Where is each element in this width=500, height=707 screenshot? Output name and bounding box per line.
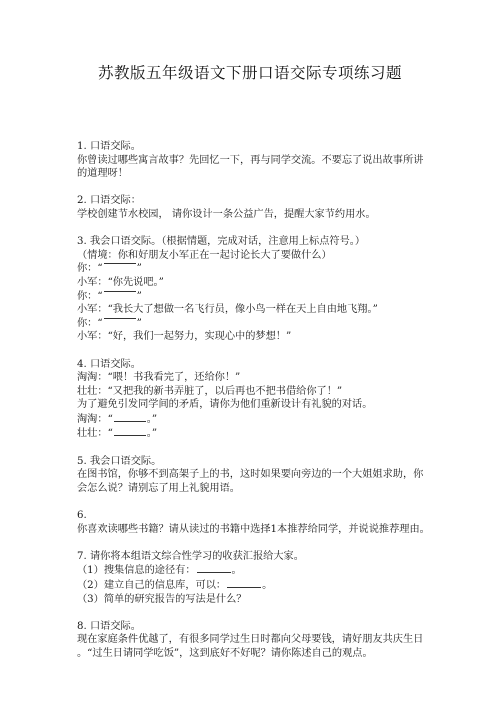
open-quote: “	[108, 414, 113, 425]
question-text: 为了避免引发同学间的矛盾，请你为他们重新设计有礼貌的对话。	[77, 398, 423, 412]
sub-item-label: （1）	[77, 565, 104, 576]
question-1: 1. 口语交际。 你曾读过哪些寓言故事？先回忆一下，再与同学交流。不要忘了说出故…	[77, 140, 423, 181]
question-7: 7. 请你将本组语文综合性学习的收获汇报给大家。 （1）搜集信息的途径有：。 （…	[77, 550, 423, 606]
close-quote: ”	[137, 318, 142, 329]
question-heading: 口语交际。	[90, 141, 141, 152]
sub-item-label: （2）	[77, 580, 104, 591]
question-text: 壮壮：“又把我的新书弄脏了，以后再也不把书借给你了！”	[77, 385, 423, 399]
close-quote: ”	[286, 331, 291, 342]
question-text: 学校创建节水校园， 请你设计一条公益广告，提醒大家节约用水。	[77, 208, 423, 222]
dialogue-line: 你：“”	[77, 290, 423, 304]
question-text: 。“过生日请同学吃饭”，这到底好不好呢？请你陈述自己的观点。	[77, 647, 423, 661]
speaker-label: 你：	[77, 318, 97, 329]
sub-item: （2）建立自己的信息库，可以：。	[77, 578, 423, 593]
question-number: 8.	[77, 621, 87, 632]
close-quote: 。”	[147, 414, 157, 425]
question-text: 你曾读过哪些寓言故事？先回忆一下，再与同学交流。不要忘了说出故事所讲	[77, 154, 423, 168]
open-quote: “	[108, 428, 113, 439]
question-number: 5.	[77, 456, 87, 467]
question-number: 6.	[77, 510, 87, 521]
question-number: 4.	[77, 359, 87, 370]
dialogue-line: 小军：“好，我们一起努力，实现心中的梦想！”	[77, 330, 423, 344]
dialogue-line: 小军：“我长大了想做一名飞行员，像小鸟一样在天上自由地飞翔。”	[77, 303, 423, 317]
answer-blank[interactable]	[114, 412, 146, 422]
question-number: 7.	[77, 551, 87, 562]
sub-item: （3）简单的研究报告的写法是什么？	[77, 593, 423, 607]
open-quote: “	[97, 291, 102, 302]
document-title: 苏教版五年级语文下册口语交际专项练习题	[0, 61, 500, 83]
questions-list: 1. 口语交际。 你曾读过哪些寓言故事？先回忆一下，再与同学交流。不要忘了说出故…	[77, 140, 423, 674]
question-number: 3.	[77, 236, 87, 247]
dialogue-text: 好，我们一起努力，实现心中的梦想！	[113, 331, 286, 342]
question-4: 4. 口语交际。 淘淘：“喂！书我看完了，还给你！” 壮壮：“又把我的新书弄脏了…	[77, 358, 423, 442]
dialogue-line: 小军：“你先说吧。”	[77, 276, 423, 290]
question-number: 2.	[77, 195, 87, 206]
speaker-label: 淘淘：	[77, 414, 108, 425]
question-text: 现在家庭条件优越了，有很多同学过生日时都向父母要钱，请好朋友共庆生日	[77, 633, 423, 647]
question-heading: 我会口语交际。（根据情题，完成对话，注意用上标点符号。）	[90, 236, 365, 247]
speaker-label: 小军：	[77, 277, 108, 288]
close-quote: ”	[137, 263, 142, 274]
answer-blank[interactable]	[114, 426, 146, 436]
close-quote: ”	[137, 291, 142, 302]
speaker-label: 小军：	[77, 331, 108, 342]
question-8: 8. 口语交际。 现在家庭条件优越了，有很多同学过生日时都向父母要钱，请好朋友共…	[77, 620, 423, 661]
question-context: （情境：你和好朋友小军正在一起讨论长大了要做什么）	[77, 249, 423, 263]
speaker-label: 壮壮：	[77, 428, 108, 439]
question-heading: 口语交际。	[90, 621, 141, 632]
question-2: 2. 口语交际： 学校创建节水校园， 请你设计一条公益广告，提醒大家节约用水。	[77, 194, 423, 221]
fill-line: 壮壮：“。”	[77, 426, 423, 441]
dialogue-text: 我长大了想做一名飞行员，像小鸟一样在天上自由地飞翔。	[113, 304, 373, 315]
sub-item-label: （3）	[77, 594, 104, 605]
question-text: 淘淘：“喂！书我看完了，还给你！”	[77, 371, 423, 385]
speaker-label: 你：	[77, 291, 97, 302]
question-text: 会怎么说？请别忘了用上礼貌用语。	[77, 482, 423, 496]
question-heading: 我会口语交际。	[90, 456, 161, 467]
question-text: 的道理呀！	[77, 167, 423, 181]
question-number: 1.	[77, 141, 87, 152]
speaker-label: 小军：	[77, 304, 108, 315]
answer-blank[interactable]	[197, 563, 231, 573]
answer-blank[interactable]	[104, 291, 136, 301]
open-quote: “	[97, 318, 102, 329]
question-6: 6. 你喜欢读哪些书籍？请从读过的书籍中选择1本推荐给同学，并说说推荐理由。	[77, 509, 423, 536]
question-text: 你喜欢读哪些书籍？请从读过的书籍中选择1本推荐给同学，并说说推荐理由。	[77, 523, 423, 537]
question-heading: 口语交际。	[90, 359, 141, 370]
answer-blank[interactable]	[227, 578, 261, 588]
question-5: 5. 我会口语交际。 在图书馆，你够不到高架子上的书，这时如果要向旁边的一个大姐…	[77, 455, 423, 496]
open-quote: “	[97, 263, 102, 274]
question-heading: 请你将本组语文综合性学习的收获汇报给大家。	[90, 551, 304, 562]
question-text: 在图书馆，你够不到高架子上的书，这时如果要向旁边的一个大姐姐求助，你	[77, 468, 423, 482]
dialogue-line: 你：“”	[77, 317, 423, 331]
end-punct: 。	[262, 580, 272, 591]
close-quote: ”	[159, 277, 164, 288]
fill-line: 淘淘：“。”	[77, 412, 423, 427]
speaker-label: 你：	[77, 263, 97, 274]
dialogue-line: 你：“”	[77, 262, 423, 276]
close-quote: ”	[373, 304, 378, 315]
answer-blank[interactable]	[104, 263, 136, 273]
end-punct: 。	[232, 565, 242, 576]
sub-item-text: 搜集信息的途径有：	[104, 565, 196, 576]
question-3: 3. 我会口语交际。（根据情题，完成对话，注意用上标点符号。） （情境：你和好朋…	[77, 235, 423, 344]
worksheet-page: 苏教版五年级语文下册口语交际专项练习题 1. 口语交际。 你曾读过哪些寓言故事？…	[0, 0, 500, 707]
sub-item-text: 建立自己的信息库，可以：	[104, 580, 226, 591]
dialogue-text: 你先说吧。	[113, 277, 159, 288]
sub-item: （1）搜集信息的途径有：。	[77, 563, 423, 578]
close-quote: 。”	[147, 428, 157, 439]
answer-blank[interactable]	[104, 318, 136, 328]
sub-item-text: 简单的研究报告的写法是什么？	[104, 594, 247, 605]
question-heading: 口语交际：	[90, 195, 141, 206]
